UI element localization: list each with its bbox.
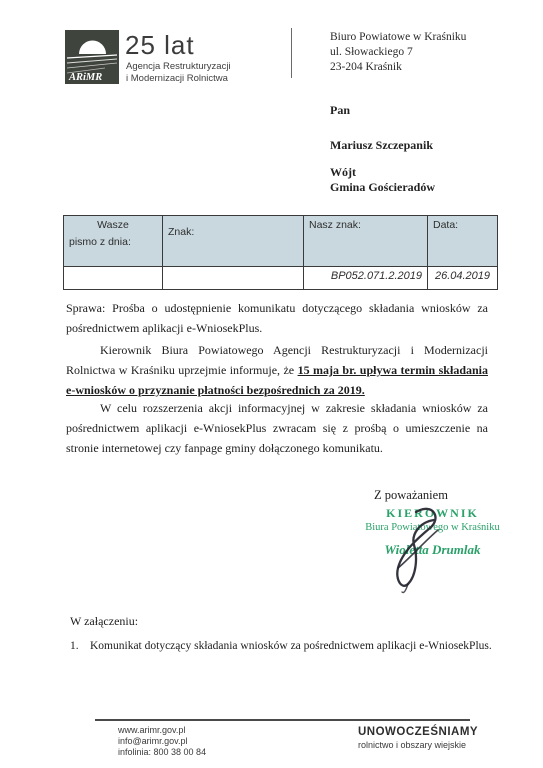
recipient-salutation: Pan <box>330 103 435 118</box>
footer-hotline: infolinia: 800 38 00 84 <box>118 747 206 758</box>
header-cell-data: Data: <box>428 216 498 267</box>
reference-table-value-row: BP052.071.2.2019 26.04.2019 <box>64 267 498 290</box>
agency-name-line1: Agencja Restrukturyzacji <box>126 61 231 73</box>
scanned-letter-page: { "letterhead": { "logo": { "arimr": "AR… <box>0 0 543 768</box>
value-cell-wasze-pismo <box>64 267 163 290</box>
attachments-label: W załączeniu: <box>70 614 138 629</box>
arimr-logo: ARiMR <box>65 30 119 84</box>
attachment-number: 1. <box>70 640 90 652</box>
subject-text: Prośba o udostępnienie komunikatu dotycz… <box>66 301 488 335</box>
office-address-line1: Biuro Powiatowe w Kraśniku <box>330 30 466 45</box>
value-cell-nasz-znak: BP052.071.2.2019 <box>304 267 428 290</box>
header-cell-nasz-znak: Nasz znak: <box>304 216 428 267</box>
subject-paragraph: Sprawa: Prośba o udostępnienie komunikat… <box>66 298 488 338</box>
footer-slogan-block: UNOWOCZEŚNIAMY rolnictwo i obszary wiejs… <box>358 726 478 750</box>
recipient-title: Wójt <box>330 165 435 180</box>
value-cell-znak <box>163 267 304 290</box>
svg-text:ARiMR: ARiMR <box>68 72 102 83</box>
header-cell-wasze-pismo: Wasze pismo z dnia: <box>64 216 163 267</box>
recipient-block: Pan Mariusz Szczepanik Wójt Gmina Goście… <box>330 103 435 195</box>
footer-website: www.arimr.gov.pl <box>118 725 206 736</box>
footer-contact-block: www.arimr.gov.pl info@arimr.gov.pl infol… <box>118 725 206 758</box>
footer-email: info@arimr.gov.pl <box>118 736 206 747</box>
footer-slogan-subtitle: rolnictwo i obszary wiejskie <box>358 740 478 750</box>
footer-slogan-title: UNOWOCZEŚNIAMY <box>358 726 478 738</box>
arimr-logo-graphic: ARiMR <box>65 30 119 84</box>
handwritten-signature <box>378 500 468 600</box>
reference-table-header-row: Wasze pismo z dnia: Znak: Nasz znak: Dat… <box>64 216 498 267</box>
body-paragraph-2: W celu rozszerzenia akcji informacyjnej … <box>66 398 488 458</box>
letterhead-divider <box>291 28 292 78</box>
footer-divider <box>95 719 470 721</box>
subject-label: Sprawa: <box>66 301 105 315</box>
office-address-line3: 23-204 Kraśnik <box>330 60 466 75</box>
agency-name-line2: i Modernizacji Rolnictwa <box>126 73 231 85</box>
attachment-item: 1.Komunikat dotyczący składania wniosków… <box>70 640 492 652</box>
header-cell-znak: Znak: <box>163 216 304 267</box>
office-address: Biuro Powiatowe w Kraśniku ul. Słowackie… <box>330 30 466 75</box>
recipient-municipality: Gmina Gościeradów <box>330 180 435 195</box>
office-address-line2: ul. Słowackiego 7 <box>330 45 466 60</box>
value-cell-data: 26.04.2019 <box>428 267 498 290</box>
body-paragraph-1: Kierownik Biura Powiatowego Agencji Rest… <box>66 340 488 400</box>
recipient-name: Mariusz Szczepanik <box>330 138 435 153</box>
reference-table: Wasze pismo z dnia: Znak: Nasz znak: Dat… <box>63 215 498 290</box>
logo-years-label: 25 lat <box>125 30 195 61</box>
agency-name: Agencja Restrukturyzacji i Modernizacji … <box>126 61 231 84</box>
attachment-text: Komunikat dotyczący składania wniosków z… <box>90 640 492 652</box>
